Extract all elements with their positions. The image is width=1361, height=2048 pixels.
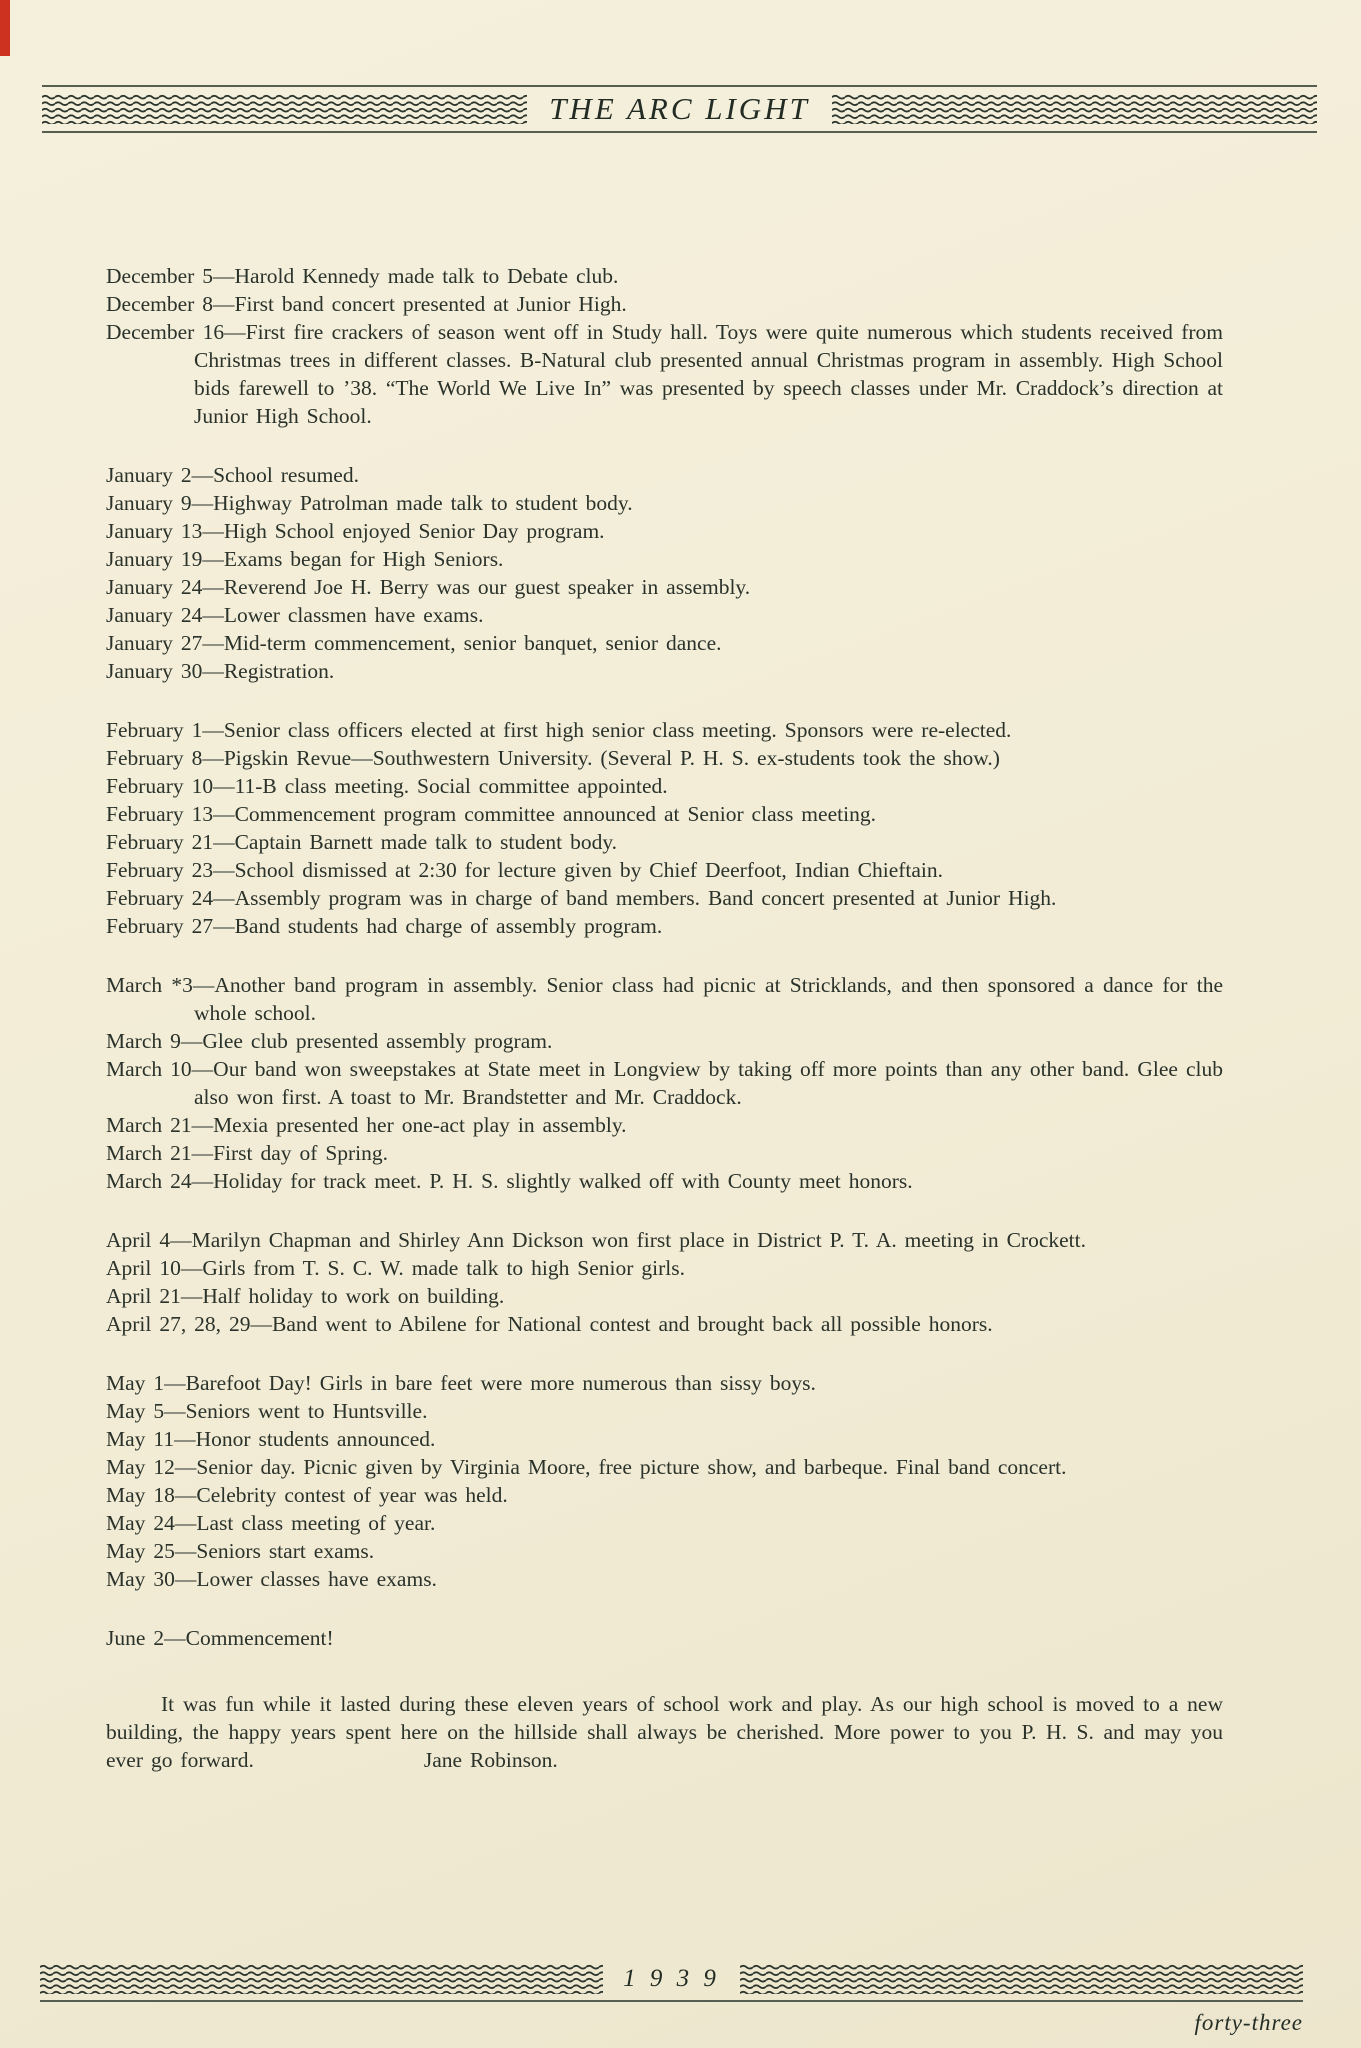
calendar-section-april: April 4—Marilyn Chapman and Shirley Ann … bbox=[106, 1226, 1223, 1338]
calendar-entry: May 12—Senior day. Picnic given by Virgi… bbox=[106, 1453, 1223, 1481]
calendar-entry: January 30—Registration. bbox=[106, 657, 1223, 685]
signature: Jane Robinson. bbox=[424, 1746, 558, 1774]
calendar-entry: January 2—School resumed. bbox=[106, 461, 1223, 489]
calendar-entry: February 10—11-B class meeting. Social c… bbox=[106, 772, 1223, 800]
calendar-section-march: March *3—Another band program in assembl… bbox=[106, 971, 1223, 1195]
calendar-entry: April 27, 28, 29—Band went to Abilene fo… bbox=[106, 1310, 1223, 1338]
calendar-section-june: June 2—Commencement! bbox=[106, 1624, 1223, 1652]
calendar-entry: March 24—Holiday for track meet. P. H. S… bbox=[106, 1167, 1223, 1195]
calendar-entry: January 27—Mid-term commencement, senior… bbox=[106, 629, 1223, 657]
calendar-section-may: May 1—Barefoot Day! Girls in bare feet w… bbox=[106, 1369, 1223, 1593]
calendar-entry: February 27—Band students had charge of … bbox=[106, 912, 1223, 940]
calendar-entry: February 1—Senior class officers elected… bbox=[106, 716, 1223, 744]
footer-rule-band: 1 9 3 9 bbox=[40, 1964, 1303, 1994]
calendar-entry: May 25—Seniors start exams. bbox=[106, 1537, 1223, 1565]
page-header: THE ARC LIGHT bbox=[42, 85, 1317, 133]
calendar-entry: June 2—Commencement! bbox=[106, 1624, 1223, 1652]
calendar-section-january: January 2—School resumed.January 9—Highw… bbox=[106, 461, 1223, 685]
calendar-entry: February 24—Assembly program was in char… bbox=[106, 884, 1223, 912]
calendar-entry: January 19—Exams began for High Seniors. bbox=[106, 545, 1223, 573]
calendar-entry: April 21—Half holiday to work on buildin… bbox=[106, 1282, 1223, 1310]
calendar-entry: February 8—Pigskin Revue—Southwestern Un… bbox=[106, 744, 1223, 772]
calendar-section-december: December 5—Harold Kennedy made talk to D… bbox=[106, 262, 1223, 430]
calendar-entry: March 9—Glee club presented assembly pro… bbox=[106, 1027, 1223, 1055]
calendar-entry: March *3—Another band program in assembl… bbox=[106, 971, 1223, 1027]
calendar-entry: January 9—Highway Patrolman made talk to… bbox=[106, 489, 1223, 517]
wavy-lines-right-icon bbox=[832, 94, 1317, 124]
closing-text: It was fun while it lasted during these … bbox=[106, 1692, 1223, 1772]
calendar-entry: May 1—Barefoot Day! Girls in bare feet w… bbox=[106, 1369, 1223, 1397]
yearbook-scan-page: { "header": { "title": "THE ARC LIGHT" }… bbox=[0, 0, 1361, 2048]
calendar-entry: March 21—First day of Spring. bbox=[106, 1139, 1223, 1167]
wavy-lines-left-icon bbox=[40, 1964, 603, 1994]
calendar-entry: January 13—High School enjoyed Senior Da… bbox=[106, 517, 1223, 545]
calendar-section-february: February 1—Senior class officers elected… bbox=[106, 716, 1223, 940]
footer-rule bbox=[40, 2000, 1303, 2002]
calendar-entry: December 5—Harold Kennedy made talk to D… bbox=[106, 262, 1223, 290]
calendar-entry: May 24—Last class meeting of year. bbox=[106, 1509, 1223, 1537]
calendar-entry: April 10—Girls from T. S. C. W. made tal… bbox=[106, 1254, 1223, 1282]
calendar-entry: February 23—School dismissed at 2:30 for… bbox=[106, 856, 1223, 884]
calendar-entry: May 18—Celebrity contest of year was hel… bbox=[106, 1481, 1223, 1509]
calendar-entry: January 24—Lower classmen have exams. bbox=[106, 601, 1223, 629]
calendar-entry: May 5—Seniors went to Huntsville. bbox=[106, 1397, 1223, 1425]
calendar-content: December 5—Harold Kennedy made talk to D… bbox=[106, 262, 1223, 1774]
page-footer: 1 9 3 9 forty-three bbox=[40, 1964, 1303, 2036]
calendar-entry: February 21—Captain Barnett made talk to… bbox=[106, 828, 1223, 856]
wavy-lines-right-icon bbox=[740, 1964, 1303, 1994]
calendar-entry: May 30—Lower classes have exams. bbox=[106, 1565, 1223, 1593]
calendar-sections: December 5—Harold Kennedy made talk to D… bbox=[106, 262, 1223, 1652]
page-number: forty-three bbox=[40, 2010, 1303, 2036]
calendar-entry: April 4—Marilyn Chapman and Shirley Ann … bbox=[106, 1226, 1223, 1254]
calendar-entry: May 11—Honor students announced. bbox=[106, 1425, 1223, 1453]
page-title: THE ARC LIGHT bbox=[543, 91, 816, 127]
wavy-lines-left-icon bbox=[42, 94, 527, 124]
calendar-entry: March 10—Our band won sweepstakes at Sta… bbox=[106, 1055, 1223, 1111]
footer-year: 1 9 3 9 bbox=[619, 1965, 724, 1993]
red-edge-artifact bbox=[0, 0, 10, 56]
calendar-entry: December 16—First fire crackers of seaso… bbox=[106, 318, 1223, 430]
calendar-entry: December 8—First band concert presented … bbox=[106, 290, 1223, 318]
calendar-entry: February 13—Commencement program committ… bbox=[106, 800, 1223, 828]
closing-paragraph: It was fun while it lasted during these … bbox=[106, 1690, 1223, 1774]
calendar-entry: March 21—Mexia presented her one-act pla… bbox=[106, 1111, 1223, 1139]
calendar-entry: January 24—Reverend Joe H. Berry was our… bbox=[106, 573, 1223, 601]
